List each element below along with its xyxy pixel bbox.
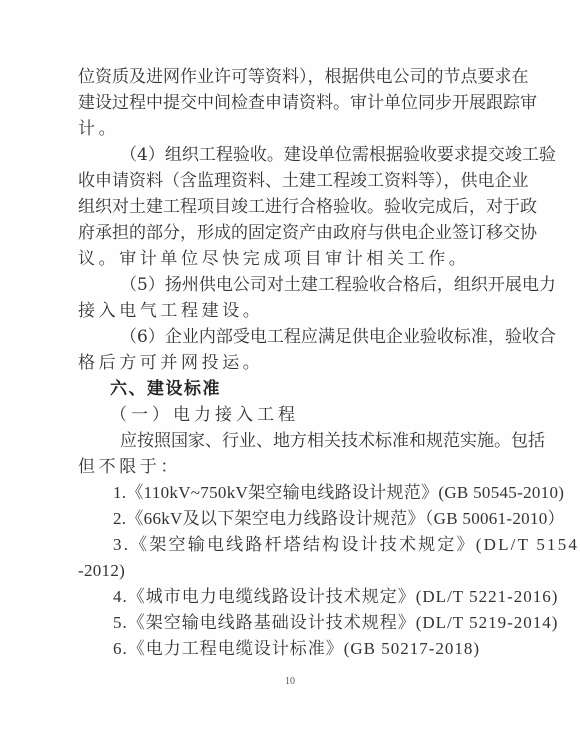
- paragraph-line: 格后方可并网投运。: [78, 353, 503, 373]
- reference-item: 6.《电力工程电缆设计标准》(GB 50217-2018): [113, 639, 538, 659]
- reference-item: 4.《城市电力电缆线路设计技术规定》(DL/T 5221-2016): [113, 587, 538, 607]
- paragraph-line: 府承担的部分，形成的固定资产由政府与供电企业签订移交协: [78, 223, 503, 243]
- paragraph-line: 建设过程中提交中间检查申请资料。审计单位同步开展跟踪审: [78, 93, 503, 113]
- reference-text: 《66kV及以下架空电力线路设计规范》（GB 50061-2010）: [126, 509, 565, 528]
- paragraph-line: 接入电气工程建设。: [78, 301, 503, 321]
- paragraph-line: 议。审计单位尽快完成项目审计相关工作。: [78, 249, 503, 269]
- paragraph-line: 但不限于：: [78, 457, 503, 477]
- reference-item: 1.《110kV~750kV架空输电线路设计规范》(GB 50545-2010): [113, 483, 538, 503]
- paragraph-line: 组织对土建工程项目竣工进行合格验收。验收完成后，对于政: [78, 197, 503, 217]
- reference-number: 4.: [113, 587, 128, 606]
- reference-continuation: -2012): [78, 561, 503, 581]
- reference-text: 《架空输电线路杆塔结构设计技术规定》(DL/T 5154: [130, 535, 579, 554]
- reference-item: 3.《架空输电线路杆塔结构设计技术规定》(DL/T 5154: [113, 535, 538, 555]
- reference-text: 《城市电力电缆线路设计技术规定》(DL/T 5221-2016): [128, 587, 559, 606]
- reference-item: 5.《架空输电线路基础设计技术规程》(DL/T 5219-2014): [113, 613, 538, 633]
- page-number: 10: [0, 676, 580, 687]
- subsection-heading: （一）电力接入工程: [110, 405, 535, 425]
- reference-item: 2.《66kV及以下架空电力线路设计规范》（GB 50061-2010）: [113, 509, 538, 529]
- reference-number: 6.: [113, 639, 128, 658]
- paragraph-line: （4）组织工程验收。建设单位需根据验收要求提交竣工验: [120, 145, 503, 165]
- paragraph-line: 应按照国家、行业、地方相关技术标准和规范实施。包括: [120, 431, 503, 451]
- paragraph-line: 收申请资料（含监理资料、土建工程竣工资料等），供电企业: [78, 171, 503, 191]
- document-page: 位资质及进网作业许可等资料），根据供电公司的节点要求在 建设过程中提交中间检查申…: [0, 0, 580, 729]
- reference-number: 3.: [113, 535, 130, 554]
- paragraph-line: 计。: [78, 119, 503, 139]
- reference-number: 2.: [113, 509, 126, 528]
- reference-text: 《110kV~750kV架空输电线路设计规范》(GB 50545-2010): [126, 483, 564, 502]
- reference-text: 《架空输电线路基础设计技术规程》(DL/T 5219-2014): [128, 613, 559, 632]
- reference-number: 1.: [113, 483, 126, 502]
- reference-number: 5.: [113, 613, 128, 632]
- reference-text: 《电力工程电缆设计标准》(GB 50217-2018): [128, 639, 480, 658]
- paragraph-line: （6）企业内部受电工程应满足供电企业验收标准，验收合: [120, 327, 503, 347]
- paragraph-line: （5）扬州供电公司对土建工程验收合格后，组织开展电力: [120, 275, 503, 295]
- section-heading: 六、建设标准: [110, 379, 535, 399]
- paragraph-line: 位资质及进网作业许可等资料），根据供电公司的节点要求在: [78, 67, 503, 87]
